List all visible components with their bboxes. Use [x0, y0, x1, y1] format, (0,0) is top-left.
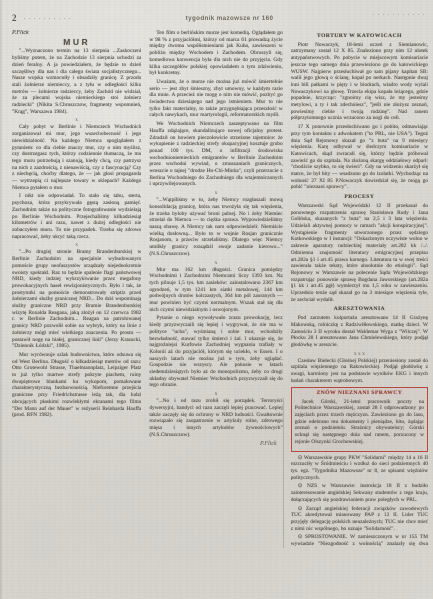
- news-note: ⊙ Zarząd angielskiej federacji związków …: [291, 506, 428, 533]
- section-separator: x: [12, 117, 141, 123]
- red-box-body: Jacek Górski, 21-letni pracownik poczty …: [295, 399, 424, 446]
- column-middle-article-mur-cont: Ten film o berlińskim murze jest komedią…: [149, 30, 282, 548]
- page-header: 2 . . . . . . . . . . tygodnik mazowsze …: [12, 13, 427, 25]
- article-title: MUR: [12, 39, 141, 46]
- news-note: ⊙ NZS w Warszawie: instrukcja 18 II z bu…: [291, 483, 428, 503]
- section-separator: x: [149, 190, 282, 196]
- news-note: ⊙ SPROSTOWANIE. W zamieszczonym w nr 155…: [291, 534, 428, 548]
- section-separator: x: [149, 260, 282, 266]
- page-number-dots: . . . . . . . . . .: [24, 15, 72, 21]
- article-paragraph: "...Wyznaczono termin na 13 sierpnia ...…: [12, 48, 141, 115]
- news-paragraph: 17 X ponownie przesłuchiwano go i pobito…: [291, 124, 428, 191]
- article-paragraph: Cały pobyt w Berlinie i Niemczech Wschod…: [12, 124, 141, 191]
- body-columns: P.Flick MUR "...Wyznaczono termin na 13 …: [12, 30, 428, 548]
- article-paragraph: Ten film o berlińskim murze jest komedią…: [149, 30, 282, 77]
- column-right-news: TORTURY W KATOWICACH Piotr Nowaczyk, 18-…: [291, 30, 428, 548]
- article-paragraph: Pytanie o niego wywoływało zrazu prowoka…: [149, 315, 282, 389]
- article-signature: P.Flick: [149, 441, 282, 448]
- red-box-heading: ZNÓW NIEZNANI SPRAWCY: [295, 390, 424, 397]
- top-right-dots: . . . . . . . . . . .: [373, 11, 426, 17]
- page-number: 2: [12, 13, 18, 23]
- column-divider-rule: [283, 398, 284, 548]
- article-paragraph: I nikt nie odpowiadał. To stało się tabu…: [12, 193, 141, 240]
- news-paragraph: Warszawski Sąd Wojewódzki 12 II przekaza…: [291, 203, 428, 304]
- article-paragraph: Mur ma 162 km długości. Granica pomiędzy…: [149, 267, 282, 314]
- news-note: ⊙ Warszawskie grupy PKW "Solidarni" międ…: [291, 455, 428, 482]
- section-heading-tortury: TORTURY W KATOWICACH: [291, 33, 428, 40]
- article-paragraph: Uważam, że o murze nie można już mówić ś…: [149, 79, 282, 119]
- section-separator: x: [149, 391, 282, 397]
- masthead-title: tygodnik mazowsze nr 160: [152, 15, 307, 22]
- article-author: P.Flick: [12, 30, 141, 37]
- article-paragraph: "...No i od razu zrobił się porządek. Te…: [149, 398, 282, 438]
- article-paragraph: We Wschodnich Niemczech zaszeptywano na …: [149, 121, 282, 188]
- page-edge-shadow: [0, 0, 3, 599]
- news-paragraph: Czesław Bielecki (Głośnej Polskiej) prze…: [291, 358, 428, 385]
- section-separator: x: [12, 242, 141, 248]
- article-paragraph: "...Wątpiliśmy w to, żeby Niemcy rozgłas…: [149, 197, 282, 257]
- article-paragraph: Mur wyrównuje szlak budownictwa, które o…: [12, 352, 141, 419]
- scanned-newspaper-page: 2 . . . . . . . . . . tygodnik mazowsze …: [0, 0, 433, 599]
- news-paragraph: Piotr Nowaczyk, 18-letni uczeń z Siemian…: [291, 42, 428, 122]
- section-heading-aresztowania: ARESZTOWANIA: [291, 306, 428, 313]
- highlighted-red-box: ZNÓW NIEZNANI SPRAWCY Jacek Górski, 21-l…: [291, 387, 428, 451]
- news-paragraph: Pod zarzutem kolportażu aresztowano 14 I…: [291, 315, 428, 349]
- column-left-article-mur: P.Flick MUR "...Wyznaczono termin na 13 …: [12, 30, 141, 548]
- section-separator-triple: x x x: [291, 351, 428, 357]
- section-heading-procesy: PROCESY: [291, 194, 428, 201]
- article-paragraph: "...Po drugiej stronie Bramy Brandenburs…: [12, 249, 141, 350]
